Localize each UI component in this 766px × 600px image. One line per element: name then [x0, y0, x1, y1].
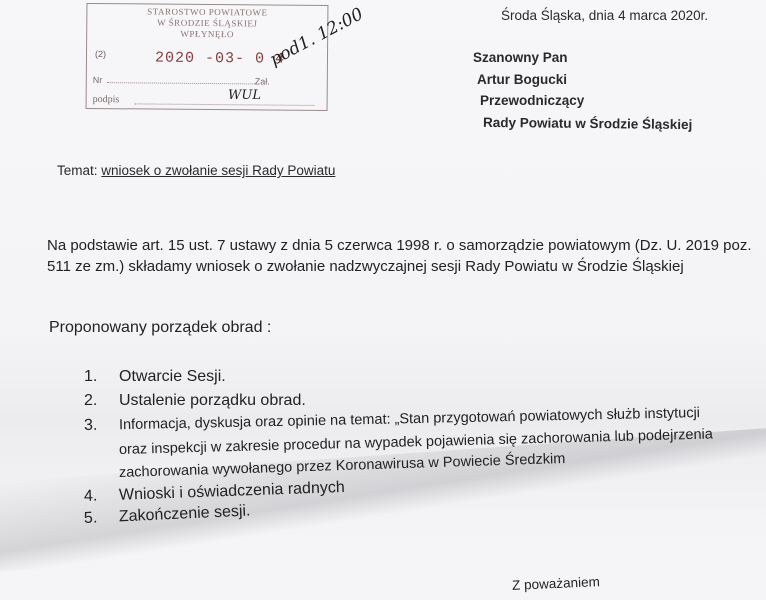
place-and-date: Środa Śląska, dnia 4 marca 2020r.	[501, 8, 708, 23]
agenda-item: 5.Zakończenie sesji.	[84, 502, 251, 528]
stamp-city: W ŚRODZIE ŚLĄSKIEJ	[87, 17, 327, 29]
document-page: STAROSTWO POWIATOWE W ŚRODZIE ŚLĄSKIEJ W…	[0, 0, 766, 600]
agenda-item-number: 5.	[84, 508, 120, 528]
agenda-item-text: Otwarcie Sesji.	[119, 368, 226, 385]
closing-phrase: Z poważaniem	[512, 574, 600, 593]
subject-line: Temat: wniosek o zwołanie sesji Rady Pow…	[57, 163, 335, 178]
agenda-item-number: 3.	[84, 416, 119, 435]
stamp-zal-label: Zał.	[255, 76, 270, 86]
subject-text: wniosek o zwołanie sesji Rady Powiatu	[101, 163, 335, 178]
stamp-nr-label: Nr	[93, 75, 103, 85]
stamp-signature-line	[135, 103, 315, 106]
stamp-office: STAROSTWO POWIATOWE	[87, 6, 327, 18]
agenda-item-text: Zakończenie sesji.	[119, 502, 251, 525]
body-paragraph: Na podstawie art. 15 ust. 7 ustawy z dni…	[47, 235, 757, 277]
agenda-item-number: 4.	[84, 487, 120, 506]
agenda-item-number: 1.	[84, 368, 119, 386]
agenda-item: 1.Otwarcie Sesji.	[84, 368, 226, 386]
agenda-item-number: 2.	[84, 392, 119, 410]
agenda-item-text: Ustalenie porządku obrad.	[119, 392, 306, 409]
stamp-nr-line	[107, 82, 257, 84]
recipient-salutation: Szanowny Pan	[473, 50, 568, 65]
agenda-item: 4.Wnioski i oświadczenia radnych	[84, 479, 345, 506]
stamp-number: (2)	[95, 49, 106, 59]
stamp-date: 2020 -03- 0 4	[155, 50, 285, 68]
handwritten-signature: WUL	[228, 88, 261, 103]
recipient-name: Artur Bogucki	[477, 72, 567, 87]
agenda-item: 2.Ustalenie porządku obrad.	[84, 392, 306, 410]
stamp-signature-label: podpis	[93, 94, 120, 105]
recipient-organization: Rady Powiatu w Środzie Śląskiej	[483, 115, 692, 132]
subject-label: Temat:	[57, 163, 98, 178]
agenda-heading: Proponowany porządek obrad :	[49, 319, 271, 337]
agenda-item-text: Wnioski i oświadczenia radnych	[119, 479, 345, 504]
recipient-title: Przewodniczący	[480, 93, 584, 108]
